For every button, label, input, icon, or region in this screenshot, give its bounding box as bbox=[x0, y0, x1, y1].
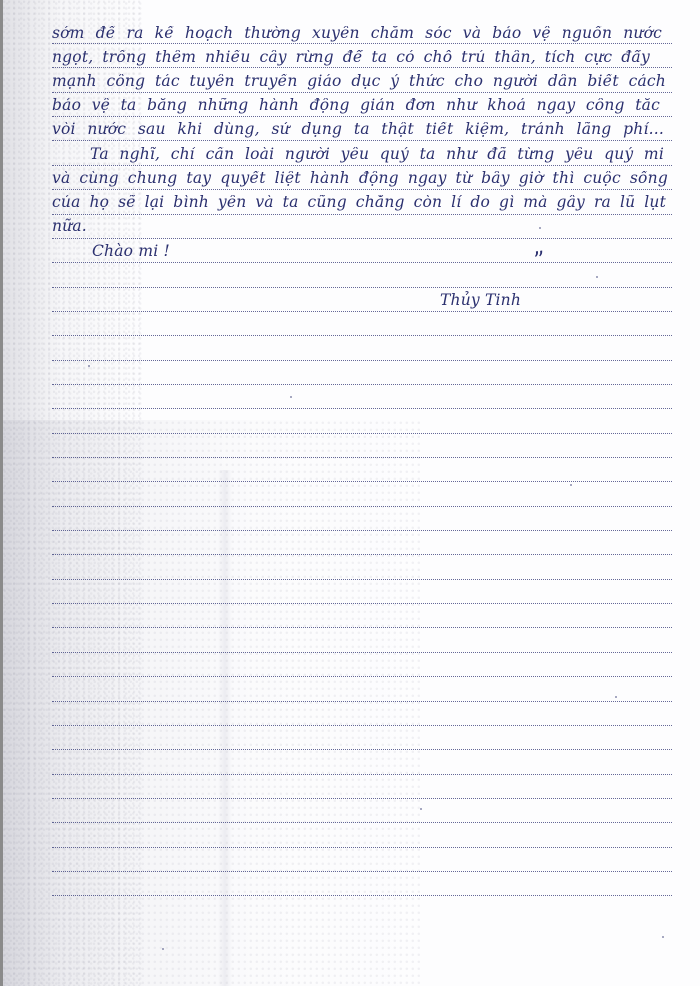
closing-quote-mark: ” bbox=[532, 247, 547, 273]
scan-speck bbox=[615, 696, 617, 698]
letter-line-6: Ta nghĩ, chỉ cần loài người yêu quý ta n… bbox=[90, 147, 664, 167]
scan-speck bbox=[596, 276, 598, 278]
letter-line-5: vòi nước sau khi dùng, sử dụng ta thật t… bbox=[52, 122, 664, 142]
letter-body: sớm đề ra kế hoạch thường xuyên chăm sóc… bbox=[0, 0, 700, 986]
scan-speck bbox=[290, 396, 292, 398]
scan-speck bbox=[420, 808, 422, 810]
letter-line-9: nữa. bbox=[52, 219, 87, 235]
letter-line-2: ngọt, trồng thêm nhiều cây rừng để ta có… bbox=[52, 50, 650, 70]
letter-line-1: sớm đề ra kế hoạch thường xuyên chăm sóc… bbox=[52, 26, 662, 46]
letter-line-4: bảo vệ ta bằng những hành động giản đơn … bbox=[52, 98, 660, 118]
letter-line-7: và cùng chung tay quyết liệt hành động n… bbox=[52, 171, 668, 191]
scan-speck bbox=[88, 365, 90, 367]
scan-speck bbox=[539, 227, 541, 229]
signature: Thủy Tinh bbox=[440, 293, 521, 309]
scan-speck bbox=[570, 484, 572, 486]
scan-speck bbox=[162, 948, 164, 950]
closing-greeting: Chào mi ! bbox=[92, 244, 170, 260]
letter-line-8: của họ sẽ lại bình yên và ta cũng chẳng … bbox=[52, 195, 666, 215]
letter-line-3: mạnh công tác tuyên truyền giáo dục ý th… bbox=[52, 74, 666, 94]
scan-speck bbox=[662, 936, 664, 938]
scanned-letter-page: sớm đề ra kế hoạch thường xuyên chăm sóc… bbox=[0, 0, 700, 986]
